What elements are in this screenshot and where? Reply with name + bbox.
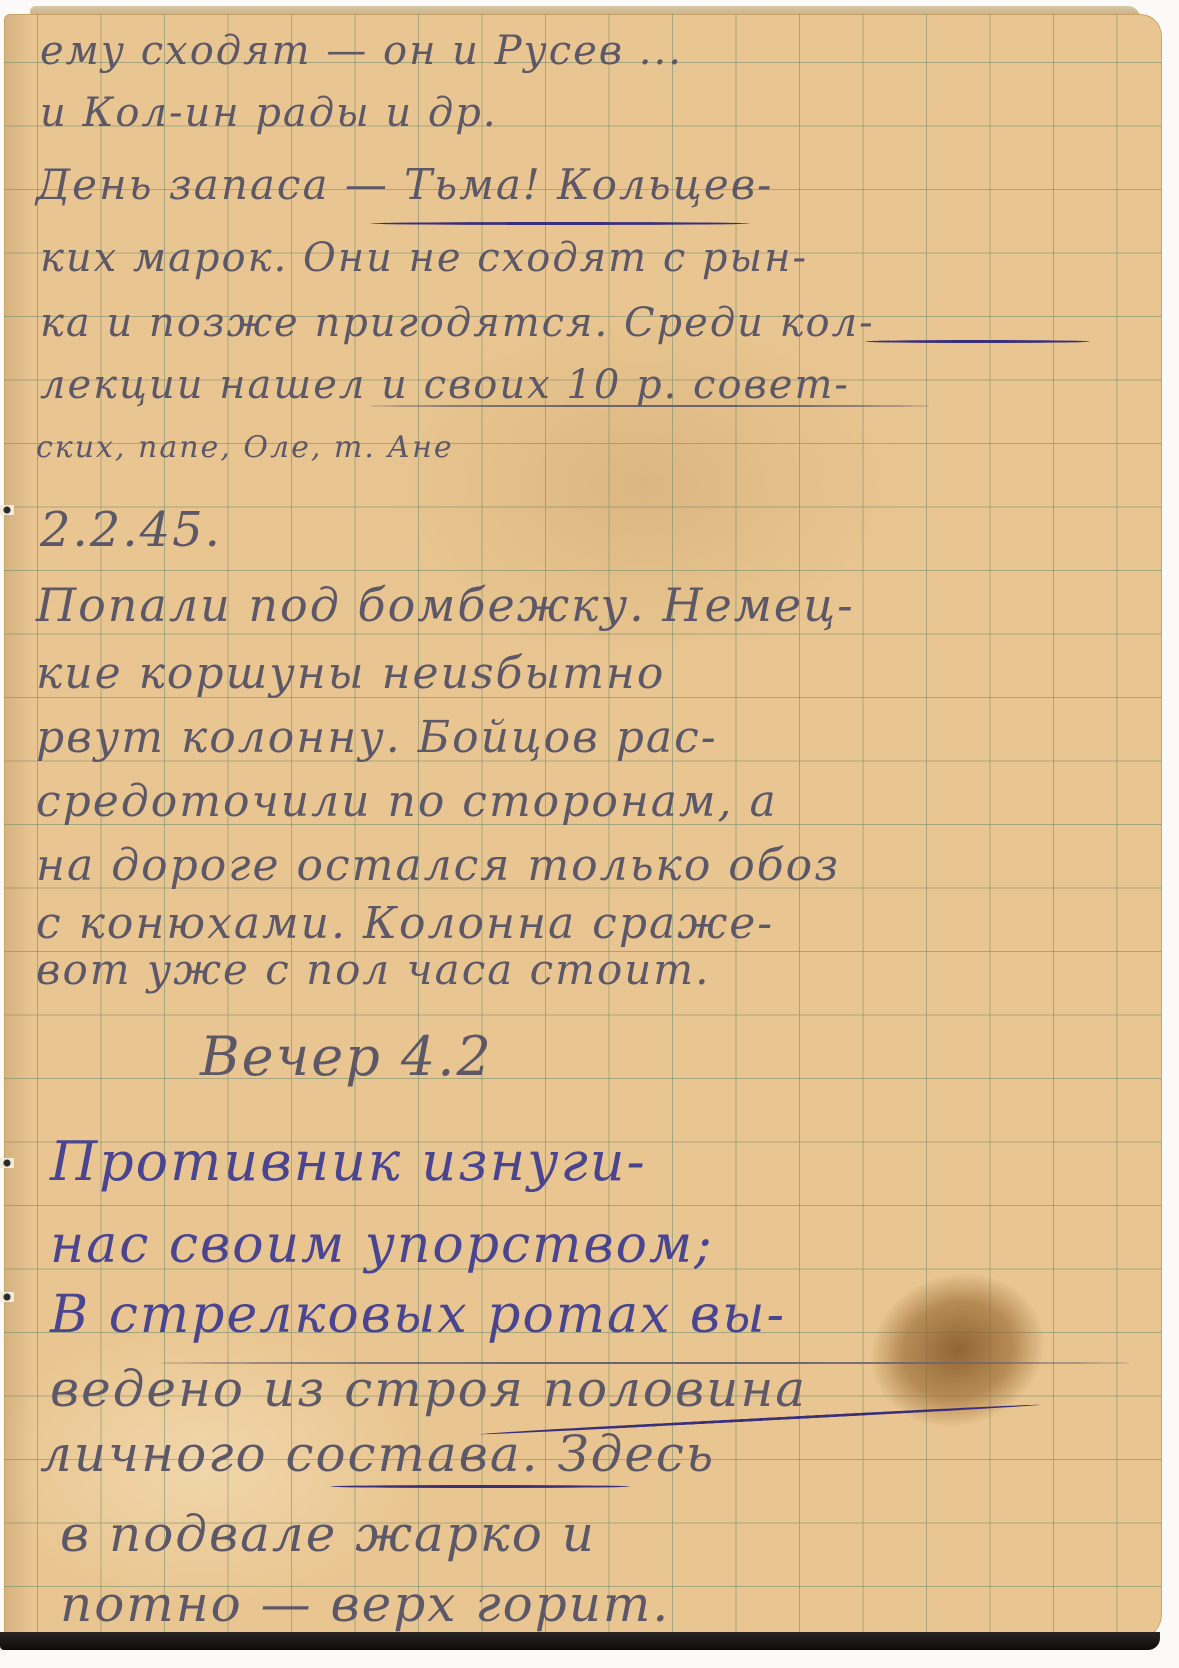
handwritten-line: лекции нашел и своих 10 р. совет-	[40, 362, 850, 408]
staple-hole	[0, 505, 14, 515]
date-heading: Вечер 4.2	[200, 1025, 493, 1088]
date-heading: 2.2.45.	[40, 502, 222, 558]
handwritten-line: День запаса — Тьма! Кольцев-	[36, 160, 773, 209]
ink-strikethrough	[330, 1485, 630, 1488]
handwritten-line: потно — верх горит.	[60, 1575, 670, 1633]
handwritten-line: вот уже с пол часа стоит.	[36, 945, 710, 994]
handwritten-line: нас своим упорством;	[50, 1215, 714, 1275]
handwritten-line: ских, папе, Оле, т. Ане	[36, 430, 454, 465]
handwritten-line: В стрелковых ротах вы-	[50, 1285, 786, 1345]
handwritten-line: и Кол-ин рады и др.	[40, 90, 498, 136]
handwritten-line: кие коршуны неиsбытно	[36, 648, 665, 699]
handwritten-line: личного состава. Здесь	[40, 1425, 715, 1483]
scanned-page-background: ему сходят — он и Русев ... и Кол-ин рад…	[0, 0, 1179, 1668]
ink-underline	[865, 340, 1090, 343]
handwritten-line: средоточили по сторонам, а	[36, 776, 778, 827]
pencil-underline	[370, 405, 930, 407]
handwritten-line: Попали под бомбежку. Немец-	[36, 578, 855, 632]
handwritten-line: рвут колонну. Бойцов рас-	[36, 712, 718, 763]
staple-hole	[0, 1292, 14, 1302]
staple-hole	[0, 1158, 14, 1168]
handwritten-line: ка и позже пригодятся. Среди кол-	[40, 300, 875, 346]
handwritten-line: ему сходят — он и Русев ...	[40, 28, 683, 74]
handwritten-line: ких марок. Они не сходят с рын-	[40, 235, 808, 281]
ink-underline	[370, 222, 750, 225]
notebook-binding-edge	[0, 1632, 1160, 1650]
handwritten-line: на дороге остался только обоз	[36, 840, 840, 891]
handwritten-line: Противник изнуги-	[50, 1130, 647, 1193]
handwritten-line: в подвале жарко и	[60, 1505, 596, 1563]
handwritten-line: ведено из строя половина	[50, 1360, 807, 1418]
handwritten-line: с конюхами. Колонна сраже-	[36, 898, 774, 949]
